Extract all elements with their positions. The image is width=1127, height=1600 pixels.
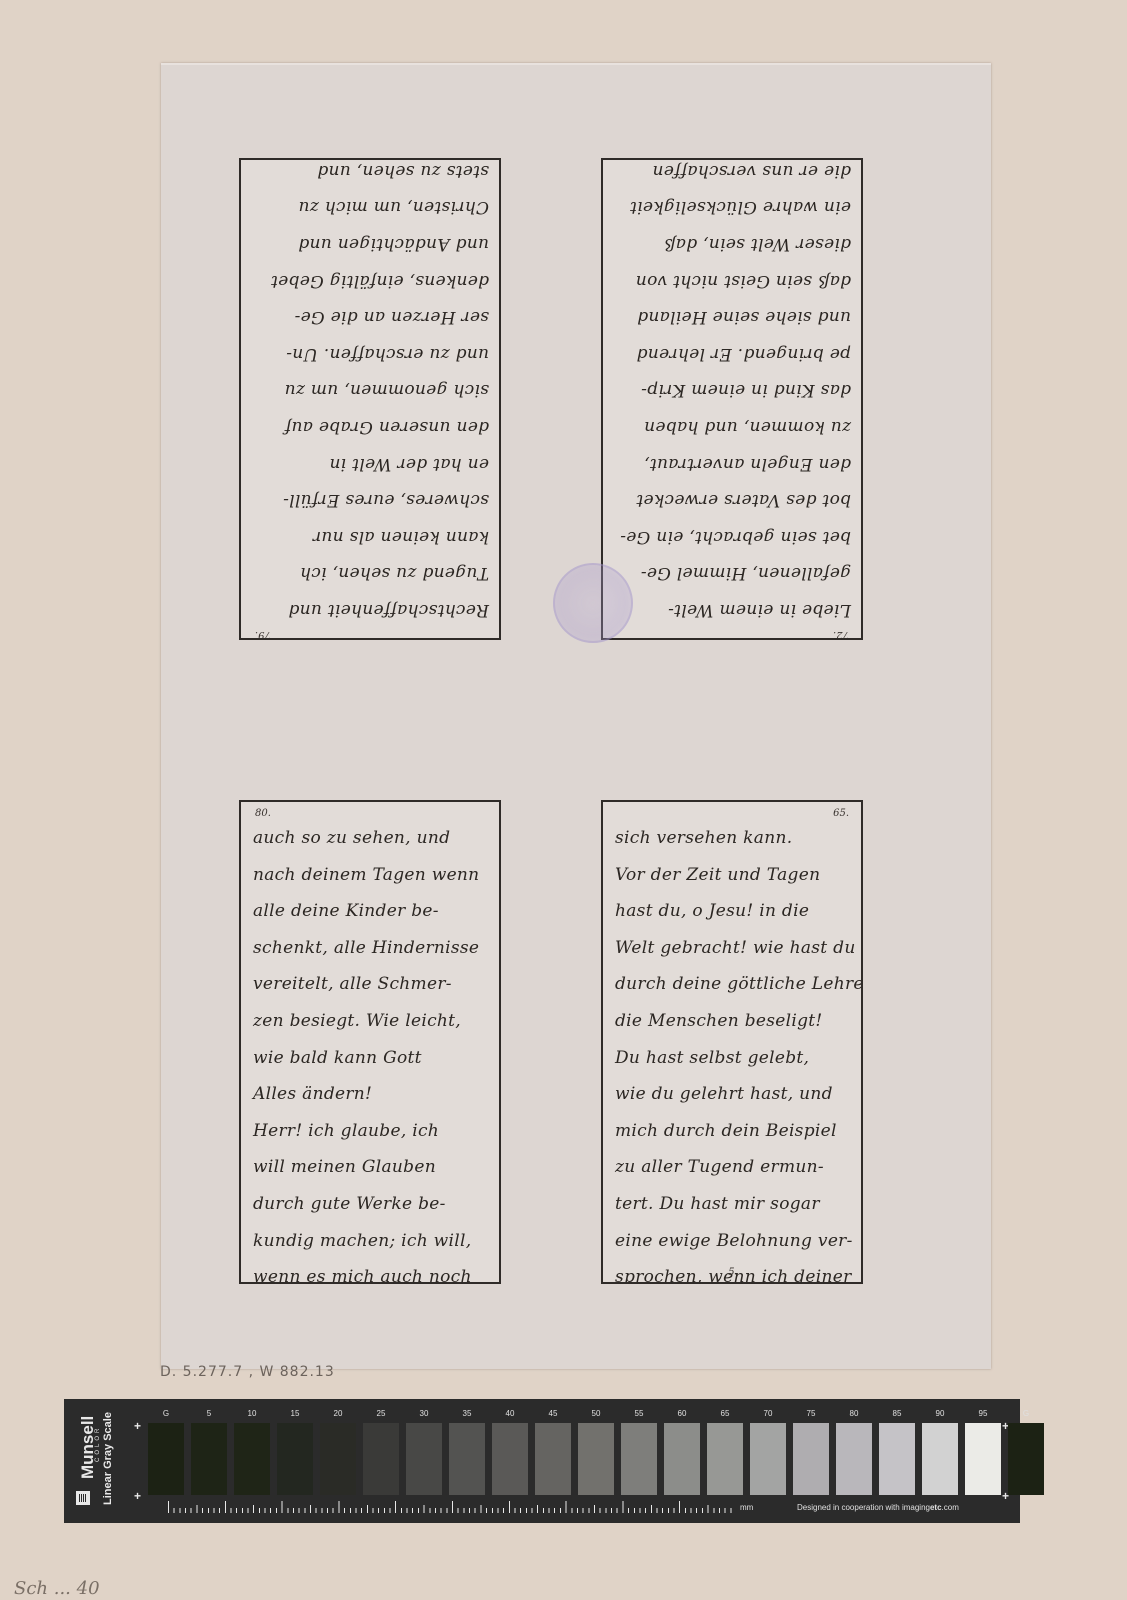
patch-swatch <box>535 1423 571 1495</box>
manuscript-line: Christen, um mich zu <box>253 189 489 226</box>
manuscript-line: wenn es mich auch noch <box>253 1259 489 1284</box>
munsell-gray-scale-card: Munsell COLOR Linear Gray Scale + + + + … <box>64 1399 1020 1523</box>
manuscript-line: Rechtschaffenheit und <box>253 591 489 628</box>
manuscript-line: bot des Vaters erwecket <box>615 482 851 519</box>
manuscript-line: das Kind in einem Krip- <box>615 372 851 409</box>
signature-mark: 5. <box>728 1267 738 1278</box>
manuscript-line: auch so zu sehen, und <box>253 820 489 857</box>
patch-label: G <box>1023 1405 1029 1423</box>
manuscript-line: den Engeln anvertraut, <box>615 445 851 482</box>
accession-number: D. 5.277.7 , W 882.13 <box>160 1364 335 1380</box>
manuscript-line: zu kommen, und haben <box>615 408 851 445</box>
manuscript-line: die Menschen beseligt! <box>615 1003 851 1040</box>
manuscript-line: vereitelt, alle Schmer- <box>253 966 489 1003</box>
gray-patch: 50 <box>578 1405 614 1495</box>
mm-ruler <box>168 1499 736 1513</box>
manuscript-line: dieser Welt sein, daß <box>615 225 851 262</box>
patch-label: 70 <box>764 1405 773 1423</box>
patch-label: 30 <box>420 1405 429 1423</box>
gray-patch: 60 <box>664 1405 700 1495</box>
manuscript-line: kundig machen; ich will, <box>253 1223 489 1260</box>
page-top-right: 72. Liebe in einem Welt-gefallenen, Himm… <box>601 158 863 640</box>
manuscript-line: und Andächtigen und <box>253 225 489 262</box>
gray-patch: 55 <box>621 1405 657 1495</box>
registration-mark-icon: + <box>134 1419 141 1433</box>
manuscript-line: die er uns verschaffen <box>615 158 851 189</box>
patch-swatch <box>191 1423 227 1495</box>
patch-swatch <box>578 1423 614 1495</box>
gray-patches: G5101520253035404550556065707580859095G <box>148 1405 1044 1495</box>
patch-label: 5 <box>207 1405 211 1423</box>
gray-patch: 75 <box>793 1405 829 1495</box>
manuscript-line: eine ewige Belohnung ver- <box>615 1223 851 1260</box>
patch-swatch <box>320 1423 356 1495</box>
patch-label: 80 <box>850 1405 859 1423</box>
patch-swatch <box>406 1423 442 1495</box>
gray-patch: 20 <box>320 1405 356 1495</box>
page-bottom-right: 65. 5. sich versehen kann.Vor der Zeit u… <box>601 800 863 1284</box>
manuscript-line: den unseren Grabe auf <box>253 408 489 445</box>
page-number: 80. <box>255 808 271 819</box>
patch-swatch <box>363 1423 399 1495</box>
gray-patch: 40 <box>492 1405 528 1495</box>
registration-mark-icon: + <box>134 1489 141 1503</box>
patch-swatch <box>492 1423 528 1495</box>
munsell-logo-icon <box>76 1491 90 1505</box>
manuscript-line: en hat der Welt in <box>253 445 489 482</box>
gray-patch: 95 <box>965 1405 1001 1495</box>
manuscript-line: ser Herzen an die Ge- <box>253 299 489 336</box>
library-stamp-icon <box>553 563 633 643</box>
gray-patch: 30 <box>406 1405 442 1495</box>
gray-patch: 25 <box>363 1405 399 1495</box>
patch-swatch <box>148 1423 184 1495</box>
manuscript-line: durch deine göttliche Lehre <box>615 966 851 1003</box>
patch-label: 20 <box>334 1405 343 1423</box>
patch-label: 25 <box>377 1405 386 1423</box>
patch-label: 10 <box>248 1405 257 1423</box>
gray-patch: 10 <box>234 1405 270 1495</box>
page-bottom-left: 80. auch so zu sehen, undnach deinem Tag… <box>239 800 501 1284</box>
manuscript-line: und zu erschaffen. Un- <box>253 335 489 372</box>
gray-patch: 80 <box>836 1405 872 1495</box>
patch-swatch <box>664 1423 700 1495</box>
patch-label: 75 <box>807 1405 816 1423</box>
manuscript-line: denkens, einfältig Gebet <box>253 262 489 299</box>
pencil-annotation: Sch ... 40 <box>14 1578 100 1599</box>
manuscript-line: wie du gelehrt hast, und <box>615 1076 851 1113</box>
patch-label: 95 <box>979 1405 988 1423</box>
manuscript-line: Alles ändern! <box>253 1076 489 1113</box>
manuscript-line: hast du, o Jesu! in die <box>615 893 851 930</box>
manuscript-line: zu aller Tugend ermun- <box>615 1149 851 1186</box>
patch-swatch <box>234 1423 270 1495</box>
patch-label: 45 <box>549 1405 558 1423</box>
brand-sub: COLOR <box>95 1426 101 1462</box>
patch-label: 55 <box>635 1405 644 1423</box>
patch-swatch <box>922 1423 958 1495</box>
page-number: 72. <box>833 629 849 640</box>
manuscript-line: schenkt, alle Hindernisse <box>253 930 489 967</box>
patch-swatch <box>621 1423 657 1495</box>
gray-patch: G <box>1008 1405 1044 1495</box>
page-number: 65. <box>833 808 849 819</box>
manuscript-line: Du hast selbst gelebt, <box>615 1040 851 1077</box>
manuscript-line: mich durch dein Beispiel <box>615 1113 851 1150</box>
patch-swatch <box>750 1423 786 1495</box>
gray-patch: 35 <box>449 1405 485 1495</box>
gray-patch: 85 <box>879 1405 915 1495</box>
manuscript-line: sich genommen, um zu <box>253 372 489 409</box>
manuscript-line: Tugend zu sehen, ich <box>253 555 489 592</box>
patch-label: 85 <box>893 1405 902 1423</box>
manuscript-line: zen besiegt. Wie leicht, <box>253 1003 489 1040</box>
ruler-unit: mm <box>740 1503 753 1512</box>
patch-label: G <box>163 1405 169 1423</box>
page-number: 79. <box>255 629 271 640</box>
patch-swatch <box>1008 1423 1044 1495</box>
manuscript-line: Vor der Zeit und Tagen <box>615 857 851 894</box>
patch-label: 90 <box>936 1405 945 1423</box>
patch-swatch <box>836 1423 872 1495</box>
manuscript-line: und siehe seine Heiland <box>615 299 851 336</box>
manuscript-line: schweres, eures Erfüll- <box>253 482 489 519</box>
manuscript-sheet: 79. Rechtschaffenheit undTugend zu sehen… <box>161 63 991 1369</box>
patch-swatch <box>707 1423 743 1495</box>
manuscript-line: will meinen Glauben <box>253 1149 489 1186</box>
patch-label: 50 <box>592 1405 601 1423</box>
patch-swatch <box>793 1423 829 1495</box>
manuscript-line: sich versehen kann. <box>615 820 851 857</box>
manuscript-line: Herr! ich glaube, ich <box>253 1113 489 1150</box>
manuscript-line: gefallenen, Himmel Ge- <box>615 555 851 592</box>
patch-label: 35 <box>463 1405 472 1423</box>
manuscript-line: wie bald kann Gott <box>253 1040 489 1077</box>
patch-swatch <box>277 1423 313 1495</box>
credit-text: Designed in cooperation with imagingetc.… <box>797 1503 959 1512</box>
manuscript-line: Liebe in einem Welt- <box>615 591 851 628</box>
manuscript-line: nach deinem Tagen wenn <box>253 857 489 894</box>
gray-patch: 65 <box>707 1405 743 1495</box>
patch-swatch <box>965 1423 1001 1495</box>
manuscript-line: alle deine Kinder be- <box>253 893 489 930</box>
gray-patch: 90 <box>922 1405 958 1495</box>
patch-label: 15 <box>291 1405 300 1423</box>
gray-patch: 45 <box>535 1405 571 1495</box>
patch-label: 40 <box>506 1405 515 1423</box>
page-top-left: 79. Rechtschaffenheit undTugend zu sehen… <box>239 158 501 640</box>
patch-label: 65 <box>721 1405 730 1423</box>
gray-patch: 70 <box>750 1405 786 1495</box>
manuscript-line: kann keinen als nur <box>253 518 489 555</box>
scale-title: Linear Gray Scale <box>102 1412 114 1505</box>
manuscript-line: daß sein Geist nicht von <box>615 262 851 299</box>
gray-patch: 5 <box>191 1405 227 1495</box>
manuscript-line: durch gute Werke be- <box>253 1186 489 1223</box>
gray-patch: 15 <box>277 1405 313 1495</box>
patch-swatch <box>879 1423 915 1495</box>
manuscript-line: bet sein gebracht, ein Ge- <box>615 518 851 555</box>
patch-label: 60 <box>678 1405 687 1423</box>
patch-swatch <box>449 1423 485 1495</box>
manuscript-line: tert. Du hast mir sogar <box>615 1186 851 1223</box>
manuscript-line: stets zu sehen, und <box>253 158 489 189</box>
manuscript-line: ein wahre Glückseligkeit <box>615 189 851 226</box>
manuscript-line: pe bringend. Er lehrend <box>615 335 851 372</box>
gray-patch: G <box>148 1405 184 1495</box>
manuscript-line: Welt gebracht! wie hast du <box>615 930 851 967</box>
